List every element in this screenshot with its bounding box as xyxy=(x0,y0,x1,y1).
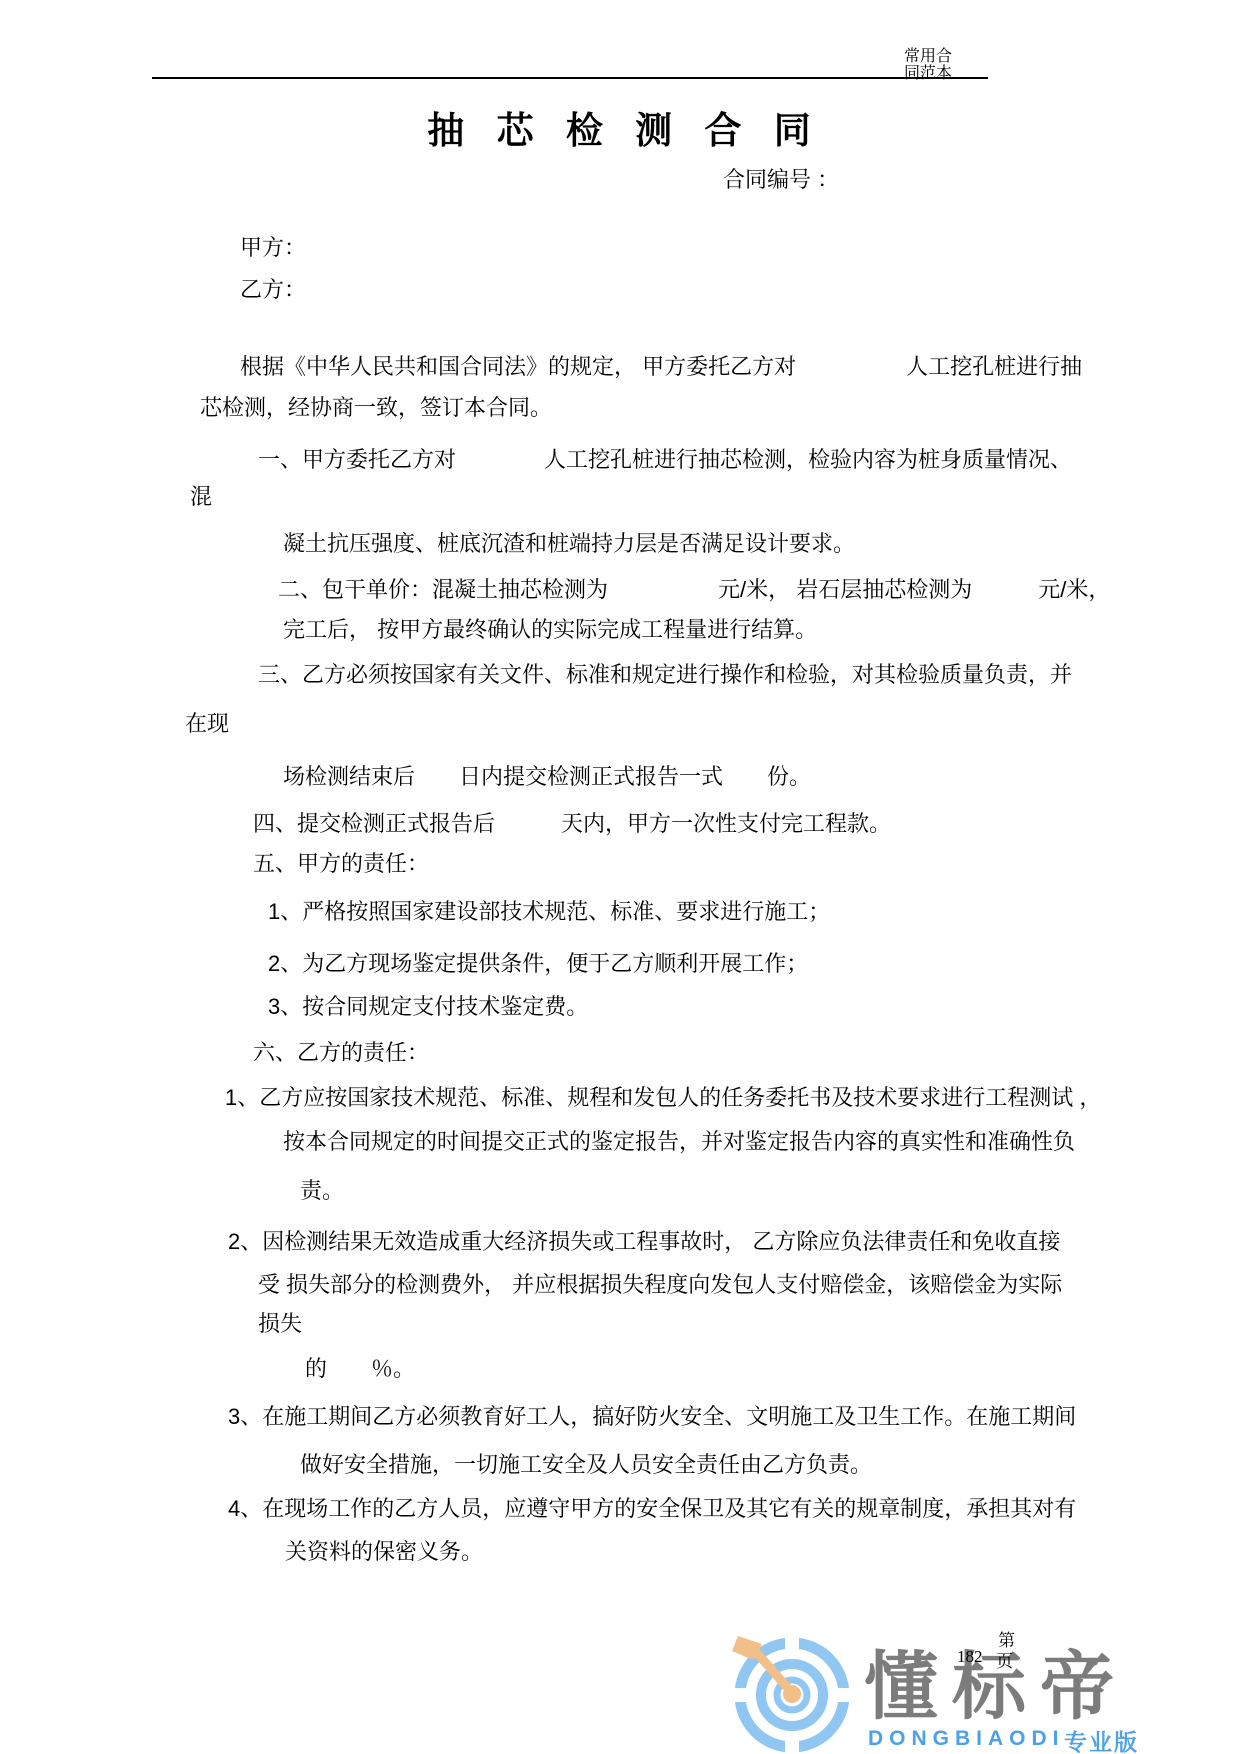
header-rule xyxy=(152,77,988,79)
contract-page: 懂标帝 DONGBIAODI 专业版 常用合 同范本 抽 芯 检 测 合 同 合… xyxy=(0,0,1241,1754)
contract-title: 抽 芯 检 测 合 同 xyxy=(0,100,1241,154)
body-line: 甲方： xyxy=(240,234,306,261)
header-corner-line1: 常用合 xyxy=(896,48,960,65)
contract-number-label: 合同编号 ： xyxy=(723,163,839,194)
watermark-edition-text: 专业版 xyxy=(1064,1724,1139,1754)
body-line: 根据《中华人民共和国合同法》的规定， 甲方委托乙方对 人工挖孔桩进行抽 xyxy=(240,353,1082,380)
watermark-latin-text: DONGBIAODI xyxy=(868,1727,1065,1751)
body-line: 五、甲方的责任： xyxy=(253,850,429,877)
body-line: 乙方： xyxy=(240,276,306,303)
body-line: 四、提交检测正式报告后 天内，甲方一次性支付完工程款。 xyxy=(253,810,891,837)
body-line: 4、在现场工作的乙方人员，应遵守甲方的安全保卫及其它有关的规章制度，承担其对有 xyxy=(228,1495,1076,1522)
body-line: 2、为乙方现场鉴定提供条件，便于乙方顺利开展工作； xyxy=(268,950,808,977)
body-line: 受 损失部分的检测费外， 并应根据损失程度向发包人支付赔偿金，该赔偿金为实际 xyxy=(258,1271,1062,1298)
body-line: 责。 xyxy=(300,1177,344,1204)
body-line: 做好安全措施，一切施工安全及人员安全责任由乙方负责。 xyxy=(300,1451,872,1478)
body-line: 三、乙方必须按国家有关文件、标准和规定进行操作和检验，对其检验质量负责，并 xyxy=(258,661,1072,688)
body-line: 3、在施工期间乙方必须教育好工人，搞好防火安全、文明施工及卫生工作。在施工期间 xyxy=(228,1403,1076,1430)
body-line: 一、甲方委托乙方对 人工挖孔桩进行抽芯检测，检验内容为桩身质量情况、 xyxy=(258,446,1072,473)
body-line: 3、按合同规定支付技术鉴定费。 xyxy=(268,993,588,1020)
body-line: 场检测结束后 日内提交检测正式报告一式 份。 xyxy=(283,763,811,790)
body-line: 按本合同规定的时间提交正式的鉴定报告，并对鉴定报告内容的真实性和准确性负 xyxy=(283,1128,1075,1155)
body-line: 六、乙方的责任： xyxy=(253,1039,429,1066)
body-line: 芯检测，经协商一致，签订本合同。 xyxy=(200,394,552,421)
body-line: 凝土抗压强度、桩底沉渣和桩端持力层是否满足设计要求。 xyxy=(283,530,855,557)
header-corner-line2: 同范本 xyxy=(896,65,960,82)
body-line: 二、包干单价：混凝土抽芯检测为 元/米， 岩石层抽芯检测为 元/米， xyxy=(278,576,1110,603)
body-line: 2、因检测结果无效造成重大经济损失或工程事故时， 乙方除应负法律责任和免收直接 xyxy=(228,1228,1060,1255)
footer-page-number: 182 xyxy=(957,1647,983,1667)
body-line: 1、严格按照国家建设部技术规范、标准、要求进行施工； xyxy=(268,898,830,925)
watermark-target-logo-icon xyxy=(732,1636,854,1754)
body-line: 的 ％。 xyxy=(305,1355,415,1382)
body-line: 在现 xyxy=(185,710,229,737)
body-line: 损失 xyxy=(258,1310,302,1337)
body-line: 完工后， 按甲方最终确认的实际完成工程量进行结算。 xyxy=(283,616,817,643)
body-line: 1、乙方应按国家技术规范、标准、规程和发包人的任务委托书及技术要求进行工程测试 … xyxy=(225,1084,1101,1111)
footer-page-suffix: 页 xyxy=(996,1647,1013,1672)
header-corner-note: 常用合 同范本 xyxy=(896,48,960,82)
body-line: 关资料的保密义务。 xyxy=(285,1538,483,1565)
body-line: 混 xyxy=(190,483,212,510)
